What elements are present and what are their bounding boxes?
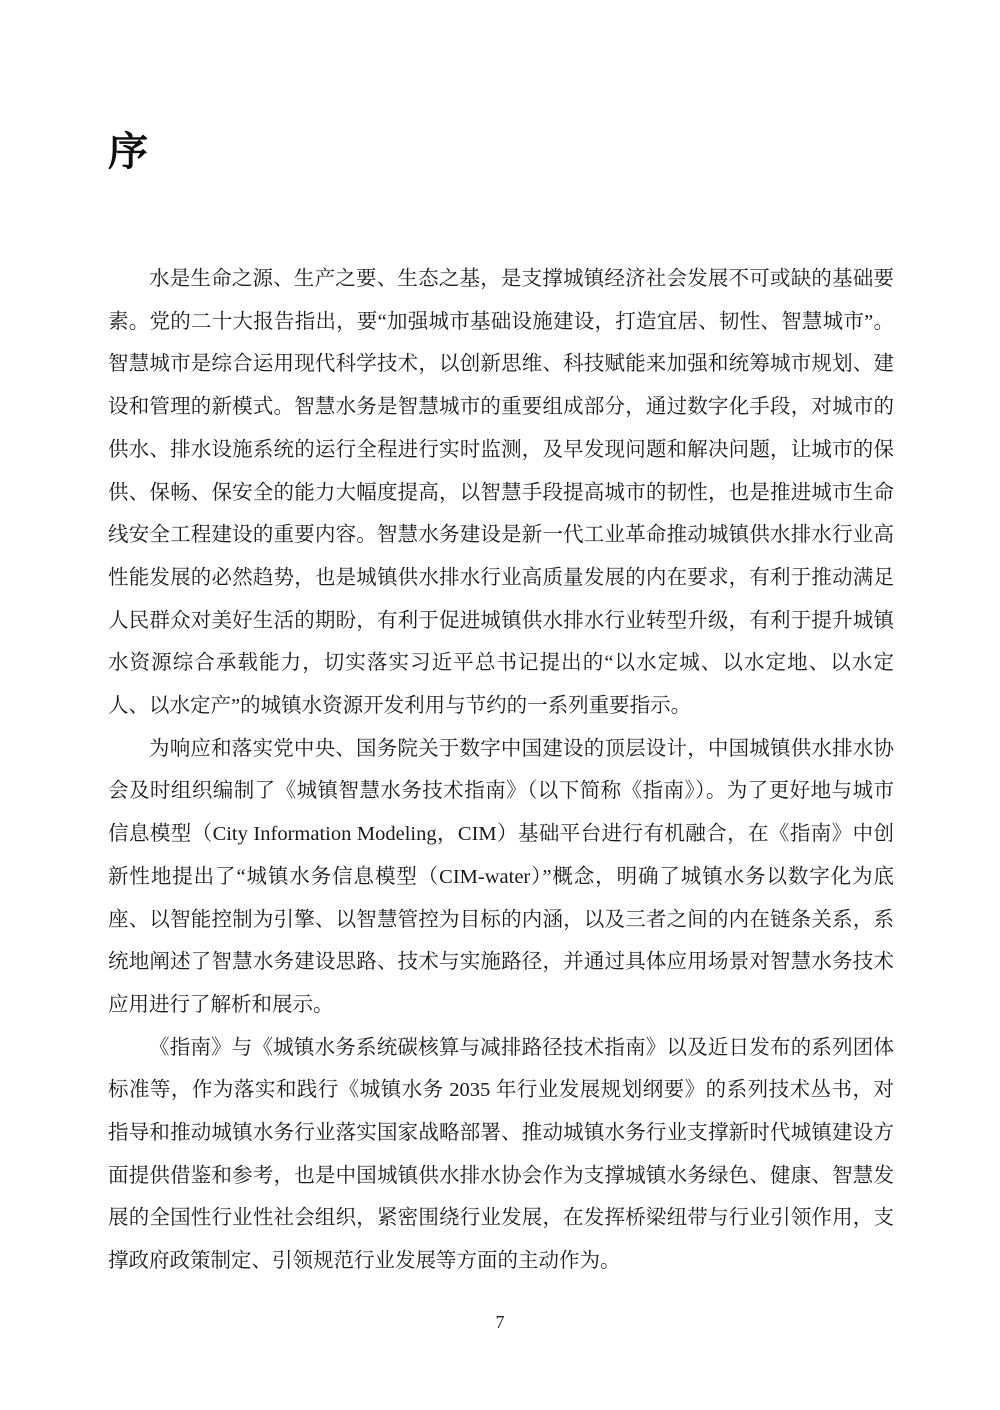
- body-paragraph: 水是生命之源、生产之要、生态之基，是支撑城镇经济社会发展不可或缺的基础要素。党的…: [108, 258, 894, 728]
- body-paragraph: 为响应和落实党中央、国务院关于数字中国建设的顶层设计，中国城镇供水排水协会及时组…: [108, 728, 894, 1027]
- document-content: 序 水是生命之源、生产之要、生态之基，是支撑城镇经济社会发展不可或缺的基础要素。…: [108, 132, 894, 1283]
- page-number: 7: [0, 1312, 1000, 1333]
- document-page: 序 水是生命之源、生产之要、生态之基，是支撑城镇经济社会发展不可或缺的基础要素。…: [0, 0, 1000, 1410]
- body-text: 水是生命之源、生产之要、生态之基，是支撑城镇经济社会发展不可或缺的基础要素。党的…: [108, 258, 894, 1283]
- page-title: 序: [108, 132, 894, 172]
- body-paragraph: 《指南》与《城镇水务系统碳核算与减排路径技术指南》以及近日发布的系列团体标准等，…: [108, 1027, 894, 1283]
